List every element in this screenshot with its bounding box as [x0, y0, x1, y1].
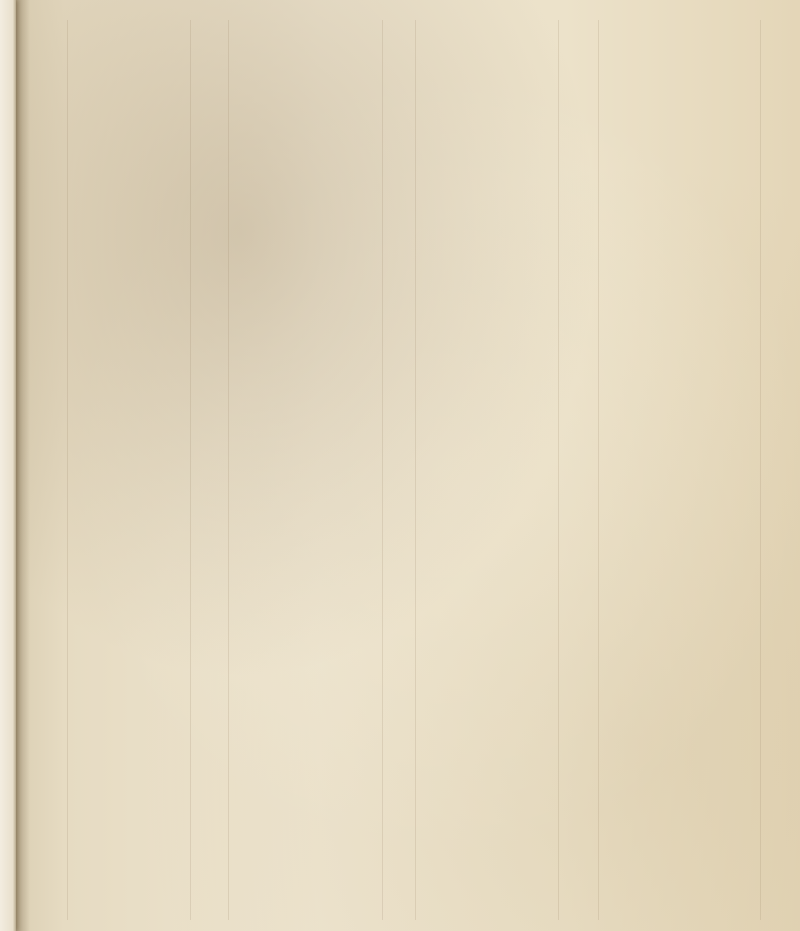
manuscript-folio	[0, 0, 800, 931]
previous-page-edge	[0, 0, 16, 931]
ruling-line	[415, 20, 416, 920]
ruling-line	[558, 20, 559, 920]
ruling-line	[190, 20, 191, 920]
ruling-line	[228, 20, 229, 920]
ruling-line	[382, 20, 383, 920]
binding-gutter	[16, 0, 30, 931]
ruling-line	[760, 20, 761, 920]
ruling-line	[598, 20, 599, 920]
ruling-line	[67, 20, 68, 920]
